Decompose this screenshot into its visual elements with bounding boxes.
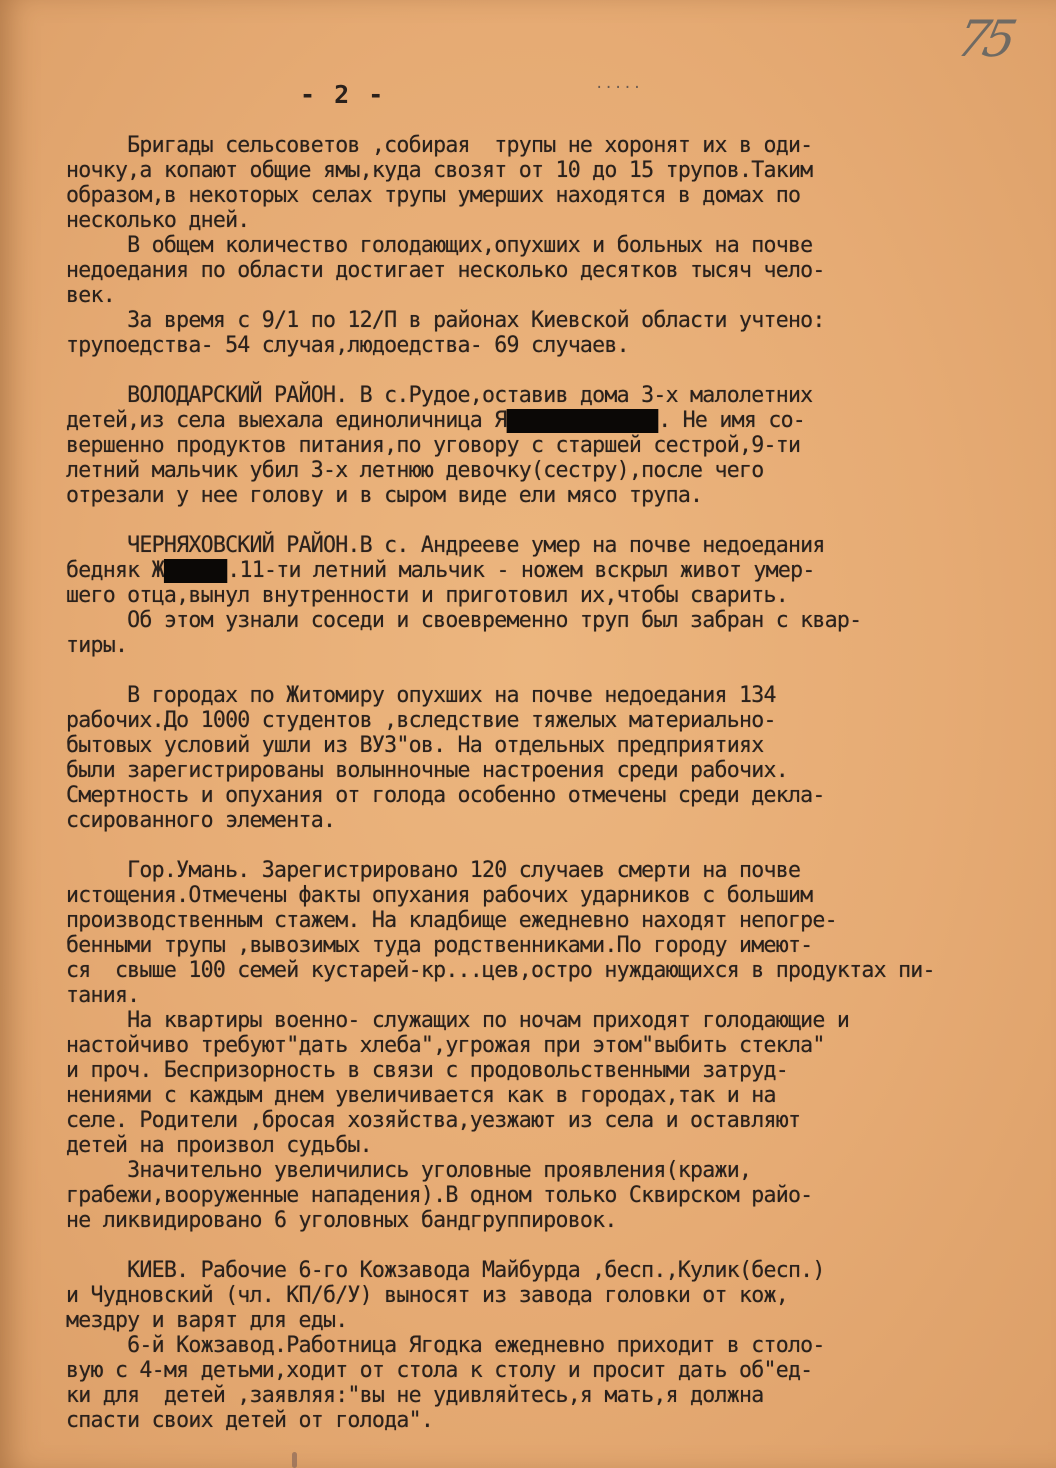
text-line: мездру и варят для еды. bbox=[66, 1308, 988, 1333]
paragraph-volodarsky-district: ВОЛОДАРСКИЙ РАЙОН. В с.Рудое,оставив дом… bbox=[66, 383, 1026, 508]
typed-marks: ····· bbox=[595, 80, 642, 96]
text-line: несколько дней. bbox=[66, 208, 988, 233]
text-line: ки для детей ,заявляя:"вы не удивляйтесь… bbox=[66, 1383, 988, 1408]
paragraph-gap bbox=[66, 358, 1026, 383]
text-line: В общем количество голодающих,опухших и … bbox=[66, 233, 988, 258]
text-line: грабежи,вооруженные нападения).В одном т… bbox=[66, 1183, 988, 1208]
text-line: истощения.Отмечены факты опухания рабочи… bbox=[66, 883, 988, 908]
paragraph-zhitomir: В городах по Житомиру опухших на почве н… bbox=[66, 683, 1026, 833]
text-line: образом,в некоторых селах трупы умерших … bbox=[66, 183, 988, 208]
redaction-bar bbox=[507, 409, 659, 433]
text-line: производственным стажем. На кладбище еже… bbox=[66, 908, 988, 933]
text-fragment: .11-ти летний мальчик - ножем вскрыл жив… bbox=[227, 557, 814, 583]
ink-smudge bbox=[292, 1452, 297, 1468]
text-line: недоедания по области достигает нескольк… bbox=[66, 258, 988, 283]
text-line: тания. bbox=[66, 983, 988, 1008]
paragraph-brigades: Бригады сельсоветов ,собирая трупы не хо… bbox=[66, 133, 1026, 358]
text-line: За время с 9/1 по 12/П в районах Киевско… bbox=[66, 308, 988, 333]
text-line: нениями с каждым днем увеличивается как … bbox=[66, 1083, 988, 1108]
text-line-with-redaction: детей,из села выехала единоличница Я. Не… bbox=[66, 408, 988, 433]
text-line: и проч. Беспризорность в связи с продово… bbox=[66, 1058, 988, 1083]
text-line: трупоедства- 54 случая,людоедства- 69 сл… bbox=[66, 333, 988, 358]
text-fragment: . Не имя со- bbox=[658, 407, 805, 433]
text-line: были зарегистрированы волынночные настро… bbox=[66, 758, 988, 783]
text-line: Значительно увеличились уголовные проявл… bbox=[66, 1158, 988, 1183]
text-line: бенными трупы ,вывозимых туда родственни… bbox=[66, 933, 988, 958]
document-page: 75 - 2 - ····· Бригады сельсоветов ,соби… bbox=[0, 0, 1056, 1468]
paragraph-kiev: КИЕВ. Рабочие 6-го Кожзавода Майбурда ,б… bbox=[66, 1258, 1026, 1433]
text-line: настойчиво требуют"дать хлеба",угрожая п… bbox=[66, 1033, 988, 1058]
text-line: Смертность и опухания от голода особенно… bbox=[66, 783, 988, 808]
paragraph-gap bbox=[66, 508, 1026, 533]
text-line-with-redaction: бедняк Ж.11-ти летний мальчик - ножем вс… bbox=[66, 558, 988, 583]
text-line: рабочих.До 1000 студентов ,вследствие тя… bbox=[66, 708, 988, 733]
text-line: селе. Родители ,бросая хозяйства,уезжают… bbox=[66, 1108, 988, 1133]
text-line: и Чудновский (чл. КП/б/У) выносят из зав… bbox=[66, 1283, 988, 1308]
paragraph-uman: Гор.Умань. Зарегистрировано 120 случаев … bbox=[66, 858, 1026, 1233]
text-line: КИЕВ. Рабочие 6-го Кожзавода Майбурда ,б… bbox=[66, 1258, 988, 1283]
paragraph-gap bbox=[66, 1233, 1026, 1258]
paragraph-gap bbox=[66, 833, 1026, 858]
text-line: вершенно продуктов питания,по уговору с … bbox=[66, 433, 988, 458]
text-line: Об этом узнали соседи и своевременно тру… bbox=[66, 608, 988, 633]
handwritten-folio-number: 75 bbox=[952, 10, 1016, 68]
text-line: На квартиры военно- служащих по ночам пр… bbox=[66, 1008, 988, 1033]
text-line: ся свыше 100 семей кустарей-кр...цев,ост… bbox=[66, 958, 988, 983]
text-line: ночку,а копают общие ямы,куда свозят от … bbox=[66, 158, 988, 183]
text-line: ссированного элемента. bbox=[66, 808, 988, 833]
paragraph-gap bbox=[66, 658, 1026, 683]
redaction-bar bbox=[164, 559, 227, 583]
text-line: шего отца,вынул внутренности и приготови… bbox=[66, 583, 988, 608]
text-fragment: бедняк Ж bbox=[66, 557, 164, 583]
text-line: Гор.Умань. Зарегистрировано 120 случаев … bbox=[66, 858, 988, 883]
text-line: отрезали у нее голову и в сыром виде ели… bbox=[66, 483, 988, 508]
text-line: ВОЛОДАРСКИЙ РАЙОН. В с.Рудое,оставив дом… bbox=[66, 383, 988, 408]
text-line: ЧЕРНЯХОВСКИЙ РАЙОН.В с. Андрееве умер на… bbox=[66, 533, 988, 558]
text-line: детей на произвол судьбы. bbox=[66, 1133, 988, 1158]
paragraph-chernyakhovsky-district: ЧЕРНЯХОВСКИЙ РАЙОН.В с. Андрееве умер на… bbox=[66, 533, 1026, 658]
text-line: бытовых условий ушли из ВУЗ"ов. На отдел… bbox=[66, 733, 988, 758]
page-number: - 2 - bbox=[300, 80, 385, 109]
text-line: 6-й Кожзавод.Работница Ягодка ежедневно … bbox=[66, 1333, 988, 1358]
text-line: тиры. bbox=[66, 633, 988, 658]
text-line: спасти своих детей от голода". bbox=[66, 1408, 988, 1433]
text-line: вую с 4-мя детьми,ходит от стола к столу… bbox=[66, 1358, 988, 1383]
text-line: летний мальчик убил 3-х летнюю девочку(с… bbox=[66, 458, 988, 483]
text-line: не ликвидировано 6 уголовных бандгруппир… bbox=[66, 1208, 988, 1233]
text-line: Бригады сельсоветов ,собирая трупы не хо… bbox=[66, 133, 988, 158]
text-line: век. bbox=[66, 283, 988, 308]
text-fragment: детей,из села выехала единоличница Я bbox=[66, 407, 507, 433]
document-body: Бригады сельсоветов ,собирая трупы не хо… bbox=[66, 133, 1026, 1433]
text-line: В городах по Житомиру опухших на почве н… bbox=[66, 683, 988, 708]
